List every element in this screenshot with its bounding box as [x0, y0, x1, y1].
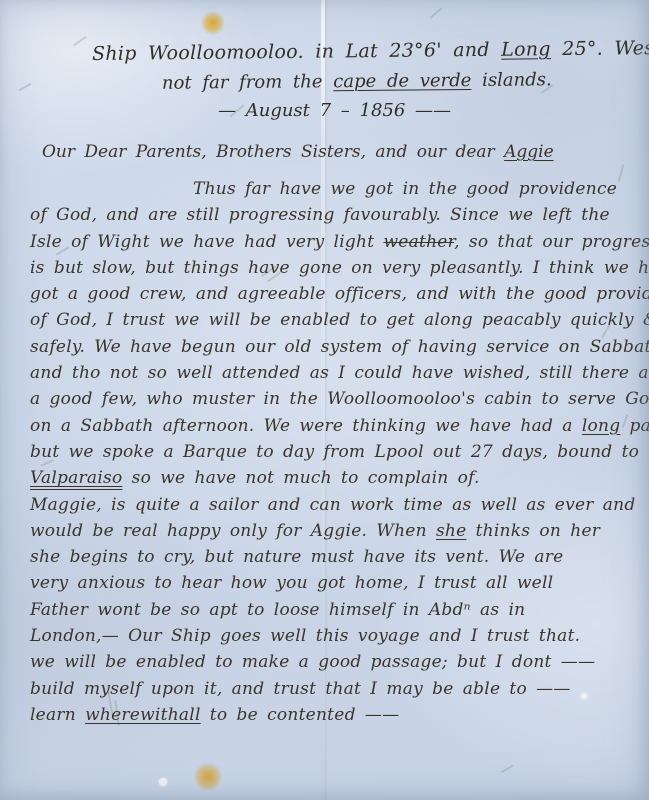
body-line: very anxious to hear how you got home, I… [30, 570, 629, 596]
line-text: learn [30, 705, 85, 725]
line-text: very anxious to hear how you got home, I… [30, 573, 553, 593]
line-text: , so that our progress [454, 232, 649, 252]
body-line: Valparaiso so we have not much to compla… [30, 465, 629, 491]
underlined-word: wherewithall [85, 705, 201, 725]
body-line: of God, I trust we will be enabled to ge… [30, 307, 629, 333]
salutation-text: Our Dear Parents, Brothers Sisters, and … [42, 142, 504, 162]
body-line: Thus far have we got in the good provide… [30, 176, 629, 202]
letter-body: Thus far have we got in the good provide… [30, 176, 629, 728]
line-text: Isle of Wight we have had very light [30, 232, 383, 252]
line-text: so we have not much to complain of. [122, 468, 479, 488]
underlined-word: Valparaiso [30, 468, 122, 488]
header-underlined-word: cape de verde [333, 70, 471, 92]
line-text: on a Sabbath afternoon. We were thinking… [30, 416, 582, 436]
header-underlined-word: Long [501, 38, 551, 61]
line-text: thinks on her [466, 521, 600, 541]
header-text: — August 7 – 1856 —— [218, 100, 451, 121]
body-line: got a good crew, and agreeable officers,… [30, 281, 629, 307]
line-text: London,— Our Ship goes well this voyage … [30, 626, 580, 646]
body-line: she begins to cry, but nature must have … [30, 544, 629, 570]
header-text: islands. [471, 69, 551, 91]
underlined-word: she [436, 521, 466, 541]
paper-fiber-mark [18, 83, 31, 92]
line-text: build myself upon it, and trust that I m… [30, 679, 571, 699]
line-text: she begins to cry, but nature must have … [30, 547, 563, 567]
struck-word: weather [383, 232, 454, 252]
paper-fiber-mark [73, 36, 87, 47]
header-text: not far from the [162, 71, 333, 93]
body-line: a good few, who muster in the Woolloomoo… [30, 386, 629, 412]
line-text: Father wont be so apt to loose himself i… [30, 600, 525, 620]
paper-speck [159, 778, 167, 786]
salutation: Our Dear Parents, Brothers Sisters, and … [42, 142, 554, 162]
header-line-location: not far from the cape de verde islands. [162, 69, 552, 93]
body-line: build myself upon it, and trust that I m… [30, 676, 629, 702]
body-line: on a Sabbath afternoon. We were thinking… [30, 413, 629, 439]
line-text: but we spoke a Barque to day from Lpool … [30, 442, 639, 462]
header-line-ship-position: Ship Woolloomooloo. in Lat 23°6' and Lon… [92, 37, 649, 65]
header-text: 25°. West [551, 37, 649, 60]
body-line: London,— Our Ship goes well this voyage … [30, 623, 629, 649]
paper-fiber-mark [500, 765, 513, 774]
body-line: Maggie, is quite a sailor and can work t… [30, 492, 629, 518]
letter-page: Ship Woolloomooloo. in Lat 23°6' and Lon… [0, 0, 649, 800]
header-text: Ship Woolloomooloo. in Lat 23°6' and [92, 39, 501, 65]
line-text: a good few, who muster in the Woolloomoo… [30, 389, 649, 409]
line-text: got a good crew, and agreeable officers,… [30, 284, 649, 304]
body-line: and tho not so well attended as I could … [30, 360, 629, 386]
body-line: Isle of Wight we have had very light wea… [30, 229, 629, 255]
body-line: we will be enabled to make a good passag… [30, 649, 629, 675]
wax-stain-top [201, 11, 225, 35]
line-text: is but slow, but things have gone on ver… [30, 258, 649, 278]
body-line: of God, and are still progressing favour… [30, 202, 629, 228]
line-text: of God, I trust we will be enabled to ge… [30, 310, 649, 330]
line-text: Thus far have we got in the good provide… [193, 179, 617, 199]
line-text: would be real happy only for Aggie. When [30, 521, 436, 541]
body-line: learn wherewithall to be contented —— [30, 702, 629, 728]
line-text: of God, and are still progressing favour… [30, 205, 610, 225]
wax-stain-bottom [194, 763, 222, 791]
salutation-underlined-name: Aggie [504, 142, 554, 162]
line-text: and tho not so well attended as I could … [30, 363, 649, 383]
underlined-word: long [582, 416, 621, 436]
body-line: but we spoke a Barque to day from Lpool … [30, 439, 629, 465]
body-line: is but slow, but things have gone on ver… [30, 255, 629, 281]
line-text: passage [620, 416, 649, 436]
body-line: would be real happy only for Aggie. When… [30, 518, 629, 544]
line-text: safely. We have begun our old system of … [30, 337, 649, 357]
line-text: to be contented —— [201, 705, 400, 725]
body-line: safely. We have begun our old system of … [30, 334, 629, 360]
line-text: we will be enabled to make a good passag… [30, 652, 595, 672]
paper-fiber-mark [429, 7, 443, 19]
body-line: Father wont be so apt to loose himself i… [30, 597, 629, 623]
line-text: Maggie, is quite a sailor and can work t… [30, 495, 636, 515]
header-line-date: — August 7 – 1856 —— [218, 100, 451, 121]
